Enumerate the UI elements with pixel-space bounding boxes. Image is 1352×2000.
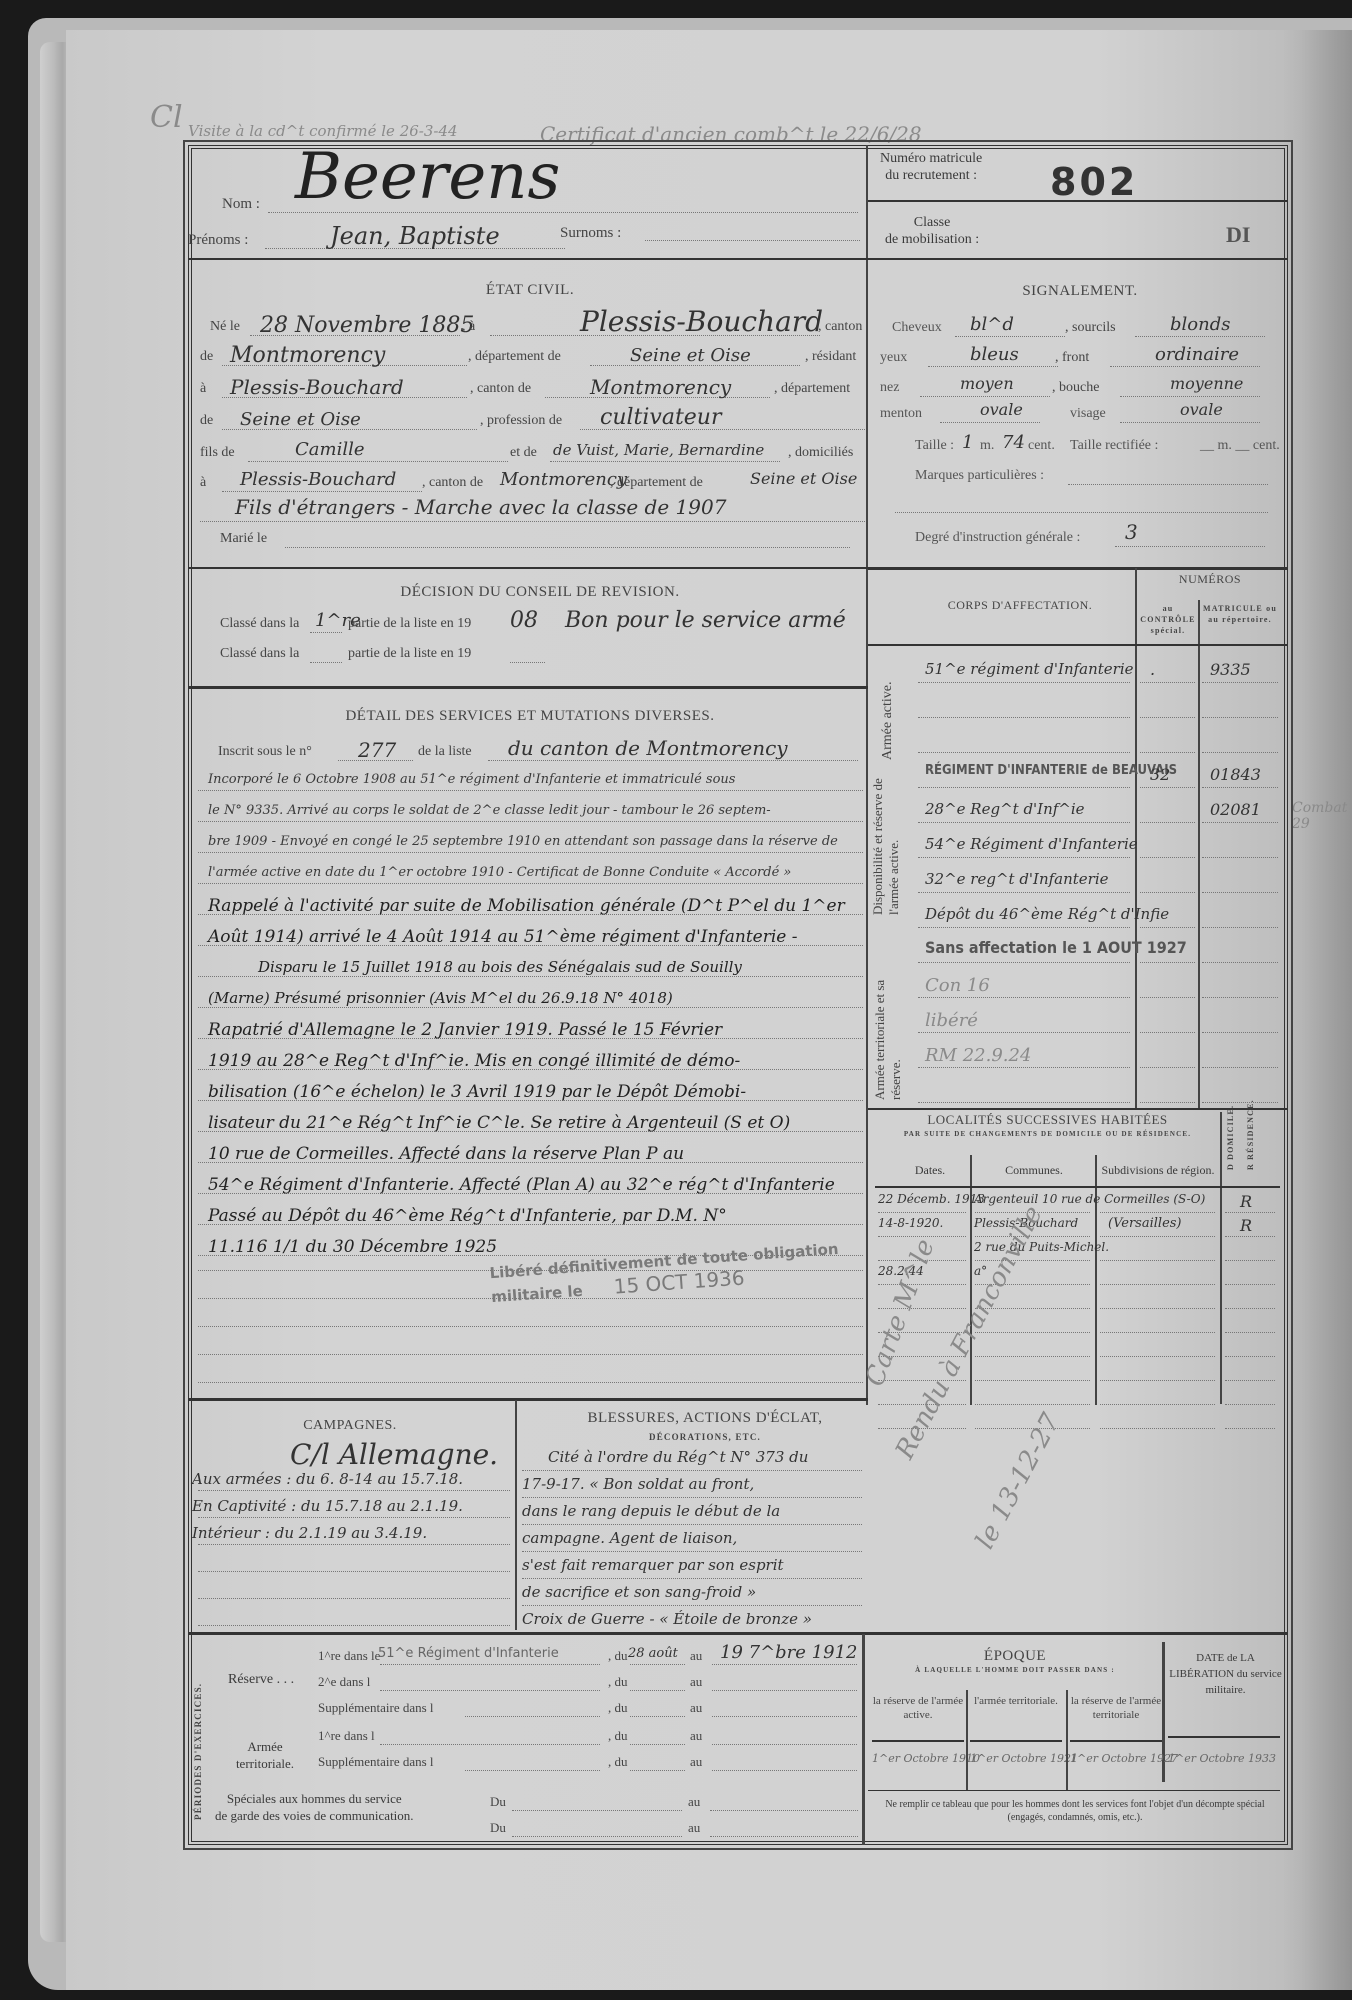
blessures-title: BLESSURES, ACTIONS D'ÉCLAT,: [550, 1410, 860, 1427]
dotted-rule: [522, 1497, 862, 1498]
ne-le-label: Né le: [210, 319, 240, 335]
territoriale-label: Armée territoriale.: [235, 1738, 295, 1772]
service-line: lisateur du 21^e Rég^t Inf^ie C^le. Se r…: [208, 1113, 790, 1133]
affectation-corps: libéré: [925, 1010, 978, 1031]
reserve-label: Réserve . . .: [228, 1672, 294, 1688]
blessure-line: 17-9-17. « Bon soldat au front,: [522, 1475, 754, 1493]
decision-year: 08: [510, 608, 538, 633]
col-matricule: MATRICULE ou au répertoire.: [1200, 603, 1280, 625]
matricule-value: 802: [1050, 160, 1138, 204]
profession-label: , profession de: [480, 413, 562, 429]
departement2-prefix: de: [200, 413, 213, 429]
nom-label: Nom :: [222, 196, 260, 213]
father-name: Camille: [295, 439, 365, 460]
dotted-rule: [1100, 1212, 1215, 1213]
dotted-rule: [1202, 962, 1278, 963]
inscrit-numero: 277: [358, 738, 396, 762]
dotted-rule: [918, 857, 1130, 858]
dotted-rule: [512, 1836, 682, 1837]
dotted-rule: [512, 1810, 682, 1811]
periode-au-label: au: [690, 1754, 702, 1770]
affectation-corps: Dépôt du 46^ème Rég^t d'Infie: [925, 905, 1169, 923]
dotted-rule: [1225, 1284, 1275, 1285]
localite-date: 14-8-1920.: [878, 1216, 943, 1230]
dotted-rule: [1100, 1308, 1215, 1309]
periode-du: 28 août: [628, 1646, 678, 1661]
localite-date: 22 Décemb. 1913: [878, 1192, 985, 1206]
dotted-rule: [712, 1744, 857, 1745]
partie-liste-2: partie de la liste en 19: [348, 646, 471, 662]
dotted-rule: [198, 1490, 510, 1491]
departement2-label: , département: [774, 381, 850, 397]
dotted-rule: [1202, 787, 1278, 788]
periode-du-label: , du: [608, 1674, 628, 1690]
blessure-line: de sacrifice et son sang-froid »: [522, 1583, 756, 1601]
sourcils-label: , sourcils: [1065, 320, 1116, 336]
dotted-rule: [1100, 1380, 1215, 1381]
affectation-corps: RM 22.9.24: [925, 1045, 1031, 1066]
dotted-rule: [198, 1007, 863, 1008]
col-domicile: D DOMICILE.: [1226, 1105, 1235, 1170]
epoque-column-value: 1^er Octobre 1910: [872, 1752, 980, 1765]
dotted-rule: [1202, 997, 1278, 998]
dotted-rule: [918, 892, 1130, 893]
dotted-rule: [1100, 1356, 1215, 1357]
dotted-rule: [1140, 892, 1195, 893]
taille-rectifiee-label: Taille rectifiée :: [1070, 438, 1158, 454]
column-rule: [970, 1740, 1062, 1742]
periode-au-label: au: [688, 1820, 700, 1836]
dotted-rule: [522, 1524, 862, 1525]
dotted-rule: [918, 1067, 1130, 1068]
departement3-value: Seine et Oise: [750, 469, 857, 488]
dotted-rule: [1140, 927, 1195, 928]
departement2-value: Seine et Oise: [240, 409, 361, 430]
affectation-corps: 32^e reg^t d'Infanterie: [925, 870, 1109, 888]
dotted-rule: [1100, 1428, 1215, 1429]
dotted-rule: [522, 1470, 862, 1471]
periode-label: Du: [490, 1820, 506, 1836]
blessure-line: Cité à l'ordre du Rég^t N° 373 du: [548, 1448, 808, 1466]
dotted-rule: [878, 1236, 966, 1237]
column-rule: [872, 1740, 964, 1742]
dotted-rule: [975, 1380, 1090, 1381]
dotted-rule: [198, 790, 863, 791]
dotted-rule: [1100, 1284, 1215, 1285]
periode-au-label: au: [690, 1674, 702, 1690]
liste-label: de la liste: [418, 744, 472, 760]
column-rule: [966, 1690, 968, 1790]
periode-label: Supplémentaire dans l: [318, 1700, 434, 1716]
dotted-rule: [1225, 1308, 1275, 1309]
localite-subdivision: (Versailles): [1108, 1216, 1182, 1231]
affectation-controle: .: [1150, 660, 1155, 679]
taille-m: 1: [962, 432, 973, 453]
group-active-label: Armée active.: [880, 681, 896, 760]
departement-label: , département de: [468, 349, 561, 365]
nez-label: nez: [880, 380, 899, 396]
col-residence: R RÉSIDENCE.: [1246, 1099, 1255, 1170]
mother-name: de Vuist, Marie, Bernardine: [553, 441, 764, 459]
dotted-rule: [1100, 1236, 1215, 1237]
dotted-rule: [1100, 1332, 1215, 1333]
campagne-line: En Captivité : du 15.7.18 au 2.1.19.: [192, 1497, 463, 1515]
margin-initials: Cl: [150, 100, 183, 135]
cheveux-value: bl^d: [970, 314, 1014, 335]
dotted-rule: [918, 822, 1130, 823]
margin-note-top-left: Visite à la cd^t confirmé le 26-3-44: [188, 122, 458, 140]
dotted-rule: [630, 1664, 685, 1665]
etat-civil-title: ÉTAT CIVIL.: [410, 282, 650, 299]
service-line: 54^e Régiment d'Infanterie. Affecté (Pla…: [208, 1175, 835, 1195]
periode-du-label: , du: [608, 1700, 628, 1716]
dotted-rule: [1202, 927, 1278, 928]
service-line: Rappelé à l'activité par suite de Mobili…: [208, 896, 845, 916]
affectation-title: CORPS D'AFFECTATION.: [910, 598, 1130, 613]
affectation-corps: 54^e Régiment d'Infanterie: [925, 835, 1138, 853]
dotted-rule: [465, 1770, 600, 1771]
dotted-rule: [918, 1032, 1130, 1033]
decision-note: Bon pour le service armé: [565, 608, 846, 633]
campagnes-title: CAMPAGNES.: [220, 1418, 480, 1434]
residence-prefix: à: [200, 381, 206, 397]
service-line: Disparu le 15 Juillet 1918 au bois des S…: [258, 958, 742, 976]
dotted-rule: [380, 1664, 600, 1665]
dotted-rule: [1225, 1260, 1275, 1261]
col-subdivisions: Subdivisions de région.: [1098, 1163, 1218, 1178]
dotted-rule: [1202, 717, 1278, 718]
affectation-corps: 51^e régiment d'Infanterie: [925, 660, 1134, 678]
service-line: l'armée active en date du 1^er octobre 1…: [208, 865, 791, 880]
service-line: 1919 au 28^e Reg^t d'Inf^ie. Mis en cong…: [208, 1051, 740, 1071]
blessure-line: Croix de Guerre - « Étoile de bronze »: [522, 1610, 812, 1628]
affectation-corps: RÉGIMENT D'INFANTERIE de BEAUVAIS: [925, 763, 1177, 778]
dotted-rule: [918, 997, 1130, 998]
dotted-rule: [380, 1744, 600, 1745]
dotted-rule: [1140, 997, 1195, 998]
blessure-line: campagne. Agent de liaison,: [522, 1529, 737, 1547]
sourcils-value: blonds: [1170, 314, 1230, 335]
affectation-matricule: 9335: [1210, 660, 1251, 679]
service-line: 10 rue de Cormeilles. Affecté dans la ré…: [208, 1144, 684, 1164]
service-line: Passé au Dépôt du 46^ème Rég^t d'Infante…: [208, 1206, 727, 1226]
partie-liste-1: partie de la liste en 19: [348, 616, 471, 632]
periode-au-label: au: [690, 1700, 702, 1716]
dotted-rule: [878, 1212, 966, 1213]
periode-au-label: au: [688, 1794, 700, 1810]
group-disponibilite-label: Disponibilité et réserve de l'armée acti…: [870, 765, 902, 915]
dotted-rule: [1140, 682, 1195, 683]
menton-label: menton: [880, 406, 922, 422]
yeux-label: yeux: [880, 350, 907, 366]
campagne-line: Intérieur : du 2.1.19 au 3.4.19.: [192, 1524, 427, 1542]
edge-stamp: DI: [1226, 222, 1250, 248]
localites-title: LOCALITÉS SUCCESSIVES HABITÉES: [880, 1112, 1215, 1128]
localite-commune: Argenteuil 10 rue de Cormeilles (S-O): [974, 1192, 1205, 1206]
dotted-rule: [198, 852, 863, 853]
periode-label: 2^e dans l: [318, 1674, 370, 1690]
cheveux-label: Cheveux: [892, 320, 942, 336]
periode-label: Supplémentaire dans l: [318, 1754, 434, 1770]
dotted-rule: [1202, 822, 1278, 823]
prenoms-label: Prénoms :: [188, 232, 248, 249]
domicile-prefix: à: [200, 475, 206, 491]
dotted-rule: [630, 1770, 685, 1771]
domicilies-label: , domiciliés: [788, 445, 853, 461]
dotted-rule: [198, 1571, 510, 1572]
birth-date: 28 Novembre 1885: [260, 313, 474, 338]
numeros-title: NUMÉROS: [1140, 572, 1280, 587]
epoque-column-label: la réserve de l'armée territoriale: [1070, 1694, 1162, 1722]
marie-label: Marié le: [220, 531, 267, 547]
service-line: 11.116 1/1 du 30 Décembre 1925: [208, 1237, 497, 1257]
canton-prefix: de: [200, 349, 213, 365]
dotted-rule: [1202, 1032, 1278, 1033]
col-communes: Communes.: [975, 1163, 1093, 1178]
epoque-column-value: 1^er Octobre 1921: [970, 1752, 1078, 1765]
decision-title: DÉCISION DU CONSEIL DE REVISION.: [330, 584, 750, 601]
epoque-column-label: l'armée territoriale.: [970, 1694, 1062, 1708]
periode-label: 1^re dans l: [318, 1728, 375, 1744]
dotted-rule: [975, 1356, 1090, 1357]
classe-dans-la-2: Classé dans la: [220, 646, 299, 662]
localite-dr: R: [1240, 1216, 1252, 1235]
services-title: DÉTAIL DES SERVICES ET MUTATIONS DIVERSE…: [300, 708, 760, 725]
dotted-rule: [630, 1690, 685, 1691]
a-label: , à: [462, 319, 475, 335]
periode-au: 19 7^bre 1912: [720, 1642, 857, 1663]
blessure-line: s'est fait remarquer par son esprit: [522, 1556, 784, 1574]
affectation-corps: Sans affectation le 1 AOUT 1927: [925, 938, 1187, 957]
yeux-value: bleus: [970, 344, 1019, 365]
service-line: bre 1909 - Envoyé en congé le 25 septemb…: [208, 834, 838, 849]
dotted-rule: [1202, 892, 1278, 893]
service-line: le N° 9335. Arrivé au corps le soldat de…: [208, 803, 771, 818]
epoque-footnote: Ne remplir ce tableau que pour les homme…: [875, 1798, 1275, 1824]
column-rule: [1070, 1740, 1162, 1742]
dotted-rule: [1225, 1380, 1275, 1381]
periode-du-label: , du: [608, 1648, 628, 1664]
blessures-subtitle: DÉCORATIONS, ETC.: [550, 1432, 860, 1442]
dotted-rule: [1225, 1332, 1275, 1333]
canton3-label: , canton de: [422, 475, 483, 491]
dotted-rule: [918, 682, 1130, 683]
degre-value: 3: [1125, 520, 1138, 544]
service-line: Incorporé le 6 Octobre 1908 au 51^e régi…: [208, 772, 735, 787]
classe-label: Classede mobilisation :: [885, 214, 979, 248]
periode-unit: 51^e Régiment d'Infanterie: [378, 1646, 559, 1661]
prenoms-value: Jean, Baptiste: [330, 222, 500, 250]
campagne-line: Aux armées : du 6. 8-14 au 15.7.18.: [192, 1470, 463, 1488]
departement3-label: , département de: [610, 475, 703, 491]
epoque-title: ÉPOQUE: [870, 1648, 1160, 1665]
dotted-rule: [712, 1716, 857, 1717]
dotted-rule: [198, 821, 863, 822]
dotted-rule: [918, 717, 1130, 718]
epoque-column-label: la réserve de l'armée active.: [872, 1694, 964, 1722]
birth-place: Plessis-Bouchard: [580, 305, 823, 338]
epoque-subtitle: À LAQUELLE L'HOMME DOIT PASSER DANS :: [870, 1666, 1160, 1674]
periode-du-label: , du: [608, 1754, 628, 1770]
dotted-rule: [1140, 1032, 1195, 1033]
col-dates: Dates.: [890, 1163, 970, 1178]
dotted-rule: [1225, 1236, 1275, 1237]
etat-civil-note: Fils d'étrangers - Marche avec la classe…: [235, 495, 726, 519]
localites-subtitle: PAR SUITE DE CHANGEMENTS DE DOMICILE OU …: [880, 1130, 1215, 1138]
affectation-matricule: 02081: [1210, 800, 1261, 819]
service-line: bilisation (16^e échelon) le 3 Avril 191…: [208, 1082, 746, 1102]
localite-dr: R: [1240, 1192, 1252, 1211]
dotted-rule: [380, 1690, 600, 1691]
margin-note-top: Certificat d'ancien comb^t le 22/6/28: [540, 122, 922, 146]
fils-de-label: fils de: [200, 445, 235, 461]
canton3-value: Montmorency: [500, 469, 627, 490]
dotted-rule: [630, 1716, 685, 1717]
classe-dans-la-1: Classé dans la: [220, 616, 299, 632]
visage-label: visage: [1070, 406, 1106, 422]
dotted-rule: [1225, 1356, 1275, 1357]
dotted-rule: [1225, 1404, 1275, 1405]
dotted-rule: [198, 1625, 510, 1626]
affectation-corps: 28^e Reg^t d'Inf^ie: [925, 800, 1085, 818]
matricule-label: Numéro matriculedu recrutement :: [880, 150, 982, 184]
residant-label: , résidant: [805, 349, 856, 365]
epoque-column-value: 1^er Octobre 1927: [1070, 1752, 1178, 1765]
degre-label: Degré d'instruction générale :: [915, 530, 1080, 546]
dotted-rule: [975, 1404, 1090, 1405]
bouche-label: , bouche: [1052, 380, 1099, 396]
surnoms-label: Surnoms :: [560, 225, 621, 242]
liberation-title: DATE de LA LIBÉRATION du service militai…: [1168, 1650, 1283, 1698]
dotted-rule: [1202, 857, 1278, 858]
dotted-rule: [1140, 752, 1195, 753]
dotted-rule: [1140, 717, 1195, 718]
dotted-rule: [1140, 857, 1195, 858]
affectation-matricule: 01843: [1210, 765, 1261, 784]
nez-value: moyen: [960, 374, 1014, 393]
dotted-rule: [1140, 962, 1195, 963]
canton-label: , canton: [818, 319, 862, 335]
periode-label: Du: [490, 1794, 506, 1810]
dotted-rule: [712, 1690, 857, 1691]
dotted-rule: [522, 1578, 862, 1579]
col-controle: au CONTRÔLE spécial.: [1140, 603, 1196, 636]
dotted-rule: [198, 976, 863, 977]
dotted-rule: [1140, 1067, 1195, 1068]
taille-cm: 74: [1002, 432, 1025, 453]
cent-label: cent.: [1028, 438, 1055, 454]
profession-value: cultivateur: [600, 405, 722, 430]
liberation-value: 1^er Octobre 1933: [1168, 1752, 1276, 1765]
dotted-rule: [1100, 1260, 1215, 1261]
periode-au-label: au: [690, 1648, 702, 1664]
dotted-rule: [1140, 1102, 1195, 1103]
dotted-rule: [1225, 1212, 1275, 1213]
service-line: Août 1914) arrivé le 4 Août 1914 au 51^è…: [208, 927, 798, 947]
dotted-rule: [918, 927, 1130, 928]
dotted-rule: [198, 883, 863, 884]
dotted-rule: [630, 1744, 685, 1745]
liste-value: du canton de Montmorency: [508, 736, 788, 760]
dotted-rule: [198, 1517, 510, 1518]
periodes-side-label: PÉRIODES D'EXERCICES.: [193, 1683, 203, 1820]
front-value: ordinaire: [1155, 344, 1239, 365]
dotted-rule: [918, 1102, 1130, 1103]
service-line: Rapatrié d'Allemagne le 2 Janvier 1919. …: [208, 1020, 722, 1040]
et-de-label: et de: [510, 445, 537, 461]
group-territoriale-label: Armée territoriale et sa réserve.: [872, 950, 904, 1100]
periode-du-label: , du: [608, 1728, 628, 1744]
dotted-rule: [918, 962, 1130, 963]
affectation-corps: Con 16: [925, 975, 990, 996]
dotted-rule: [710, 1836, 858, 1837]
visage-value: ovale: [1180, 400, 1223, 419]
speciales-label: Spéciales aux hommes du servicede garde …: [215, 1790, 414, 1824]
periode-au-label: au: [690, 1728, 702, 1744]
dotted-rule: [918, 787, 1130, 788]
canton2-value: Montmorency: [590, 375, 731, 399]
dotted-rule: [1202, 752, 1278, 753]
blessure-line: dans le rang depuis le début de la: [522, 1502, 780, 1520]
dotted-rule: [1140, 787, 1195, 788]
dotted-rule: [918, 752, 1130, 753]
nom-value: Beerens: [295, 140, 560, 214]
canton2-label: , canton de: [470, 381, 531, 397]
dotted-rule: [522, 1551, 862, 1552]
bouche-value: moyenne: [1170, 374, 1243, 393]
dotted-rule: [1202, 1102, 1278, 1103]
campagnes-heading: C/l Allemagne.: [290, 1438, 498, 1471]
dotted-rule: [712, 1664, 857, 1665]
inscrit-label: Inscrit sous le n°: [218, 744, 312, 760]
departement-value: Seine et Oise: [630, 345, 751, 366]
affectation-controle: 32: [1150, 765, 1170, 784]
dotted-rule: [1202, 1067, 1278, 1068]
marques-label: Marques particulières :: [915, 468, 1044, 484]
dotted-rule: [522, 1605, 862, 1606]
taille-rect-units: __ m. __ cent.: [1200, 438, 1280, 454]
residence-value: Plessis-Bouchard: [230, 375, 404, 399]
dotted-rule: [975, 1332, 1090, 1333]
dotted-rule: [198, 1598, 510, 1599]
canton-value: Montmorency: [230, 343, 385, 368]
dotted-rule: [198, 1544, 510, 1545]
dotted-rule: [465, 1716, 600, 1717]
dotted-rule: [1140, 822, 1195, 823]
margin-note-right: Combat 29: [1292, 800, 1342, 832]
dotted-rule: [712, 1770, 857, 1771]
taille-label: Taille :: [915, 438, 954, 454]
signalement-title: SIGNALEMENT.: [960, 283, 1200, 300]
periode-label: 1^re dans le: [318, 1648, 380, 1664]
column-rule: [1066, 1690, 1068, 1790]
m-label: m.: [980, 438, 994, 454]
dotted-rule: [710, 1810, 858, 1811]
dotted-rule: [1202, 682, 1278, 683]
dotted-rule: [1100, 1404, 1215, 1405]
menton-value: ovale: [980, 400, 1023, 419]
front-label: , front: [1055, 350, 1089, 366]
service-line: (Marne) Présumé prisonnier (Avis M^el du…: [208, 989, 673, 1007]
dotted-rule: [1225, 1428, 1275, 1429]
domicile-value: Plessis-Bouchard: [240, 469, 396, 490]
